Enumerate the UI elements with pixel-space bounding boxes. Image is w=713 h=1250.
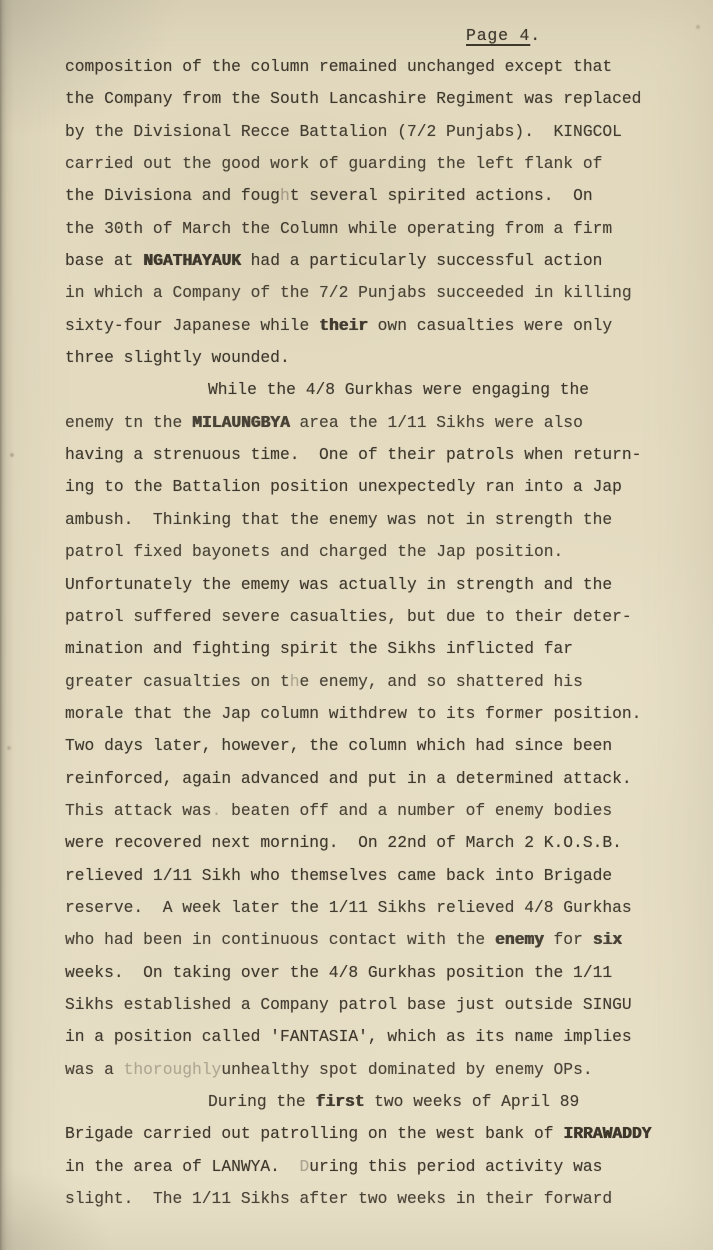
overstruck-text: NGATHAYAUK	[143, 251, 241, 270]
text-line: three slightly wounded.	[65, 342, 665, 374]
text-segment: sixty-four Japanese while	[65, 316, 319, 335]
text-line: ing to the Battalion position unexpected…	[65, 471, 665, 503]
text-segment: uring this period activity was	[309, 1157, 602, 1176]
text-segment: Sikhs established a Company patrol base …	[65, 995, 632, 1014]
text-line: composition of the column remained uncha…	[65, 51, 665, 83]
text-segment: in which a Company of the 7/2 Punjabs su…	[65, 283, 632, 302]
text-segment: were recovered next morning. On 22nd of …	[65, 833, 622, 852]
text-line: While the 4/8 Gurkhas were engaging the	[65, 374, 665, 406]
text-line: who had been in continuous contact with …	[65, 924, 665, 956]
faded-text: .	[212, 801, 222, 820]
text-segment: While the 4/8 Gurkhas were engaging the	[208, 380, 589, 399]
text-segment: having a strenuous time. One of their pa…	[65, 445, 641, 464]
text-segment: who had been in continuous contact with …	[65, 930, 495, 949]
text-line: greater casualties on the enemy, and so …	[65, 666, 665, 698]
text-segment: in the area of LANWYA.	[65, 1157, 300, 1176]
text-line: the 30th of March the Column while opera…	[65, 213, 665, 245]
text-segment: During the	[208, 1092, 315, 1111]
text-line: in which a Company of the 7/2 Punjabs su…	[65, 277, 665, 309]
text-line: carried out the good work of guarding th…	[65, 148, 665, 180]
text-line: mination and fighting spirit the Sikhs i…	[65, 633, 665, 665]
text-segment: the Company from the South Lancashire Re…	[65, 89, 641, 108]
text-line: patrol suffered severe casualties, but d…	[65, 601, 665, 633]
overstruck-text: IRRAWADDY	[563, 1124, 651, 1143]
text-line: During the first two weeks of April 89	[65, 1086, 665, 1118]
text-line: in the area of LANWYA. During this perio…	[65, 1151, 665, 1183]
text-segment: beaten off and a number of enemy bodies	[221, 801, 612, 820]
text-line: slight. The 1/11 Sikhs after two weeks i…	[65, 1183, 665, 1215]
text-segment: carried out the good work of guarding th…	[65, 154, 602, 173]
text-line: enemy tn the MILAUNGBYA area the 1/11 Si…	[65, 407, 665, 439]
text-segment: t several spirited actions. On	[290, 186, 593, 205]
text-line: was a thoroughlyunhealthy spot dominated…	[65, 1054, 665, 1086]
text-line: Two days later, however, the column whic…	[65, 730, 665, 762]
text-segment: by the Divisional Recce Battalion (7/2 P…	[65, 122, 622, 141]
text-segment: three slightly wounded.	[65, 348, 290, 367]
text-segment: morale that the Jap column withdrew to i…	[65, 704, 641, 723]
text-line: reserve. A week later the 1/11 Sikhs rel…	[65, 892, 665, 924]
text-segment: unhealthy spot dominated by enemy OPs.	[221, 1060, 592, 1079]
text-segment: Two days later, however, the column whic…	[65, 736, 612, 755]
text-segment: ing to the Battalion position unexpected…	[65, 477, 622, 496]
text-line: Brigade carried out patrolling on the we…	[65, 1118, 665, 1150]
text-line: patrol fixed bayonets and charged the Ja…	[65, 536, 665, 568]
text-line: ambush. Thinking that the enemy was not …	[65, 504, 665, 536]
text-line: the Divisiona and fought several spirite…	[65, 180, 665, 212]
text-segment: patrol suffered severe casualties, but d…	[65, 607, 632, 626]
text-line: by the Divisional Recce Battalion (7/2 P…	[65, 116, 665, 148]
text-segment: had a particularly successful action	[241, 251, 603, 270]
text-segment: own casualties were only	[368, 316, 612, 335]
text-line: relieved 1/11 Sikh who themselves came b…	[65, 860, 665, 892]
text-segment: the Divisiona and foug	[65, 186, 280, 205]
text-segment: e enemy, and so shattered his	[300, 672, 583, 691]
text-segment: enemy tn the	[65, 413, 192, 432]
text-segment: relieved 1/11 Sikh who themselves came b…	[65, 866, 612, 885]
faded-text: thoroughly	[124, 1060, 222, 1079]
text-line: Unfortunately the ememy was actually in …	[65, 569, 665, 601]
text-segment: in a position called 'FANTASIA', which a…	[65, 1027, 632, 1046]
text-segment: ambush. Thinking that the enemy was not …	[65, 510, 612, 529]
text-segment: patrol fixed bayonets and charged the Ja…	[65, 542, 563, 561]
text-segment: Unfortunately the ememy was actually in …	[65, 575, 612, 594]
page-number-period: .	[530, 26, 541, 45]
faded-text: D	[300, 1157, 310, 1176]
text-segment: the 30th of March the Column while opera…	[65, 219, 612, 238]
overstruck-text: six	[593, 930, 622, 949]
text-segment: mination and fighting spirit the Sikhs i…	[65, 639, 573, 658]
text-segment: two weeks of April 89	[364, 1092, 579, 1111]
text-segment: composition of the column remained uncha…	[65, 57, 612, 76]
text-segment: This attack was	[65, 801, 212, 820]
text-line: weeks. On taking over the 4/8 Gurkhas po…	[65, 957, 665, 989]
text-segment: area the 1/11 Sikhs were also	[290, 413, 583, 432]
text-line: base at NGATHAYAUK had a particularly su…	[65, 245, 665, 277]
text-line: were recovered next morning. On 22nd of …	[65, 827, 665, 859]
text-line: in a position called 'FANTASIA', which a…	[65, 1021, 665, 1053]
document-body: composition of the column remained uncha…	[65, 51, 665, 1215]
overstruck-text: first	[315, 1092, 364, 1111]
text-line: sixty-four Japanese while their own casu…	[65, 310, 665, 342]
text-line: the Company from the South Lancashire Re…	[65, 83, 665, 115]
text-segment: was a	[65, 1060, 124, 1079]
text-segment: for	[544, 930, 593, 949]
page-number-label: Page 4	[466, 26, 530, 45]
text-segment: slight. The 1/11 Sikhs after two weeks i…	[65, 1189, 612, 1208]
page-number: Page 4.	[466, 26, 541, 45]
text-line: having a strenuous time. One of their pa…	[65, 439, 665, 471]
text-line: reinforced, again advanced and put in a …	[65, 763, 665, 795]
document-page: Page 4. composition of the column remain…	[0, 0, 713, 1250]
faded-text: h	[290, 672, 300, 691]
overstruck-text: their	[319, 316, 368, 335]
text-segment: greater casualties on t	[65, 672, 290, 691]
text-line: Sikhs established a Company patrol base …	[65, 989, 665, 1021]
overstruck-text: enemy	[495, 930, 544, 949]
faded-text: h	[280, 186, 290, 205]
text-line: morale that the Jap column withdrew to i…	[65, 698, 665, 730]
overstruck-text: MILAUNGBYA	[192, 413, 290, 432]
text-segment: Brigade carried out patrolling on the we…	[65, 1124, 563, 1143]
text-segment: base at	[65, 251, 143, 270]
text-line: This attack was. beaten off and a number…	[65, 795, 665, 827]
text-segment: weeks. On taking over the 4/8 Gurkhas po…	[65, 963, 612, 982]
text-segment: reserve. A week later the 1/11 Sikhs rel…	[65, 898, 632, 917]
text-segment: reinforced, again advanced and put in a …	[65, 769, 632, 788]
